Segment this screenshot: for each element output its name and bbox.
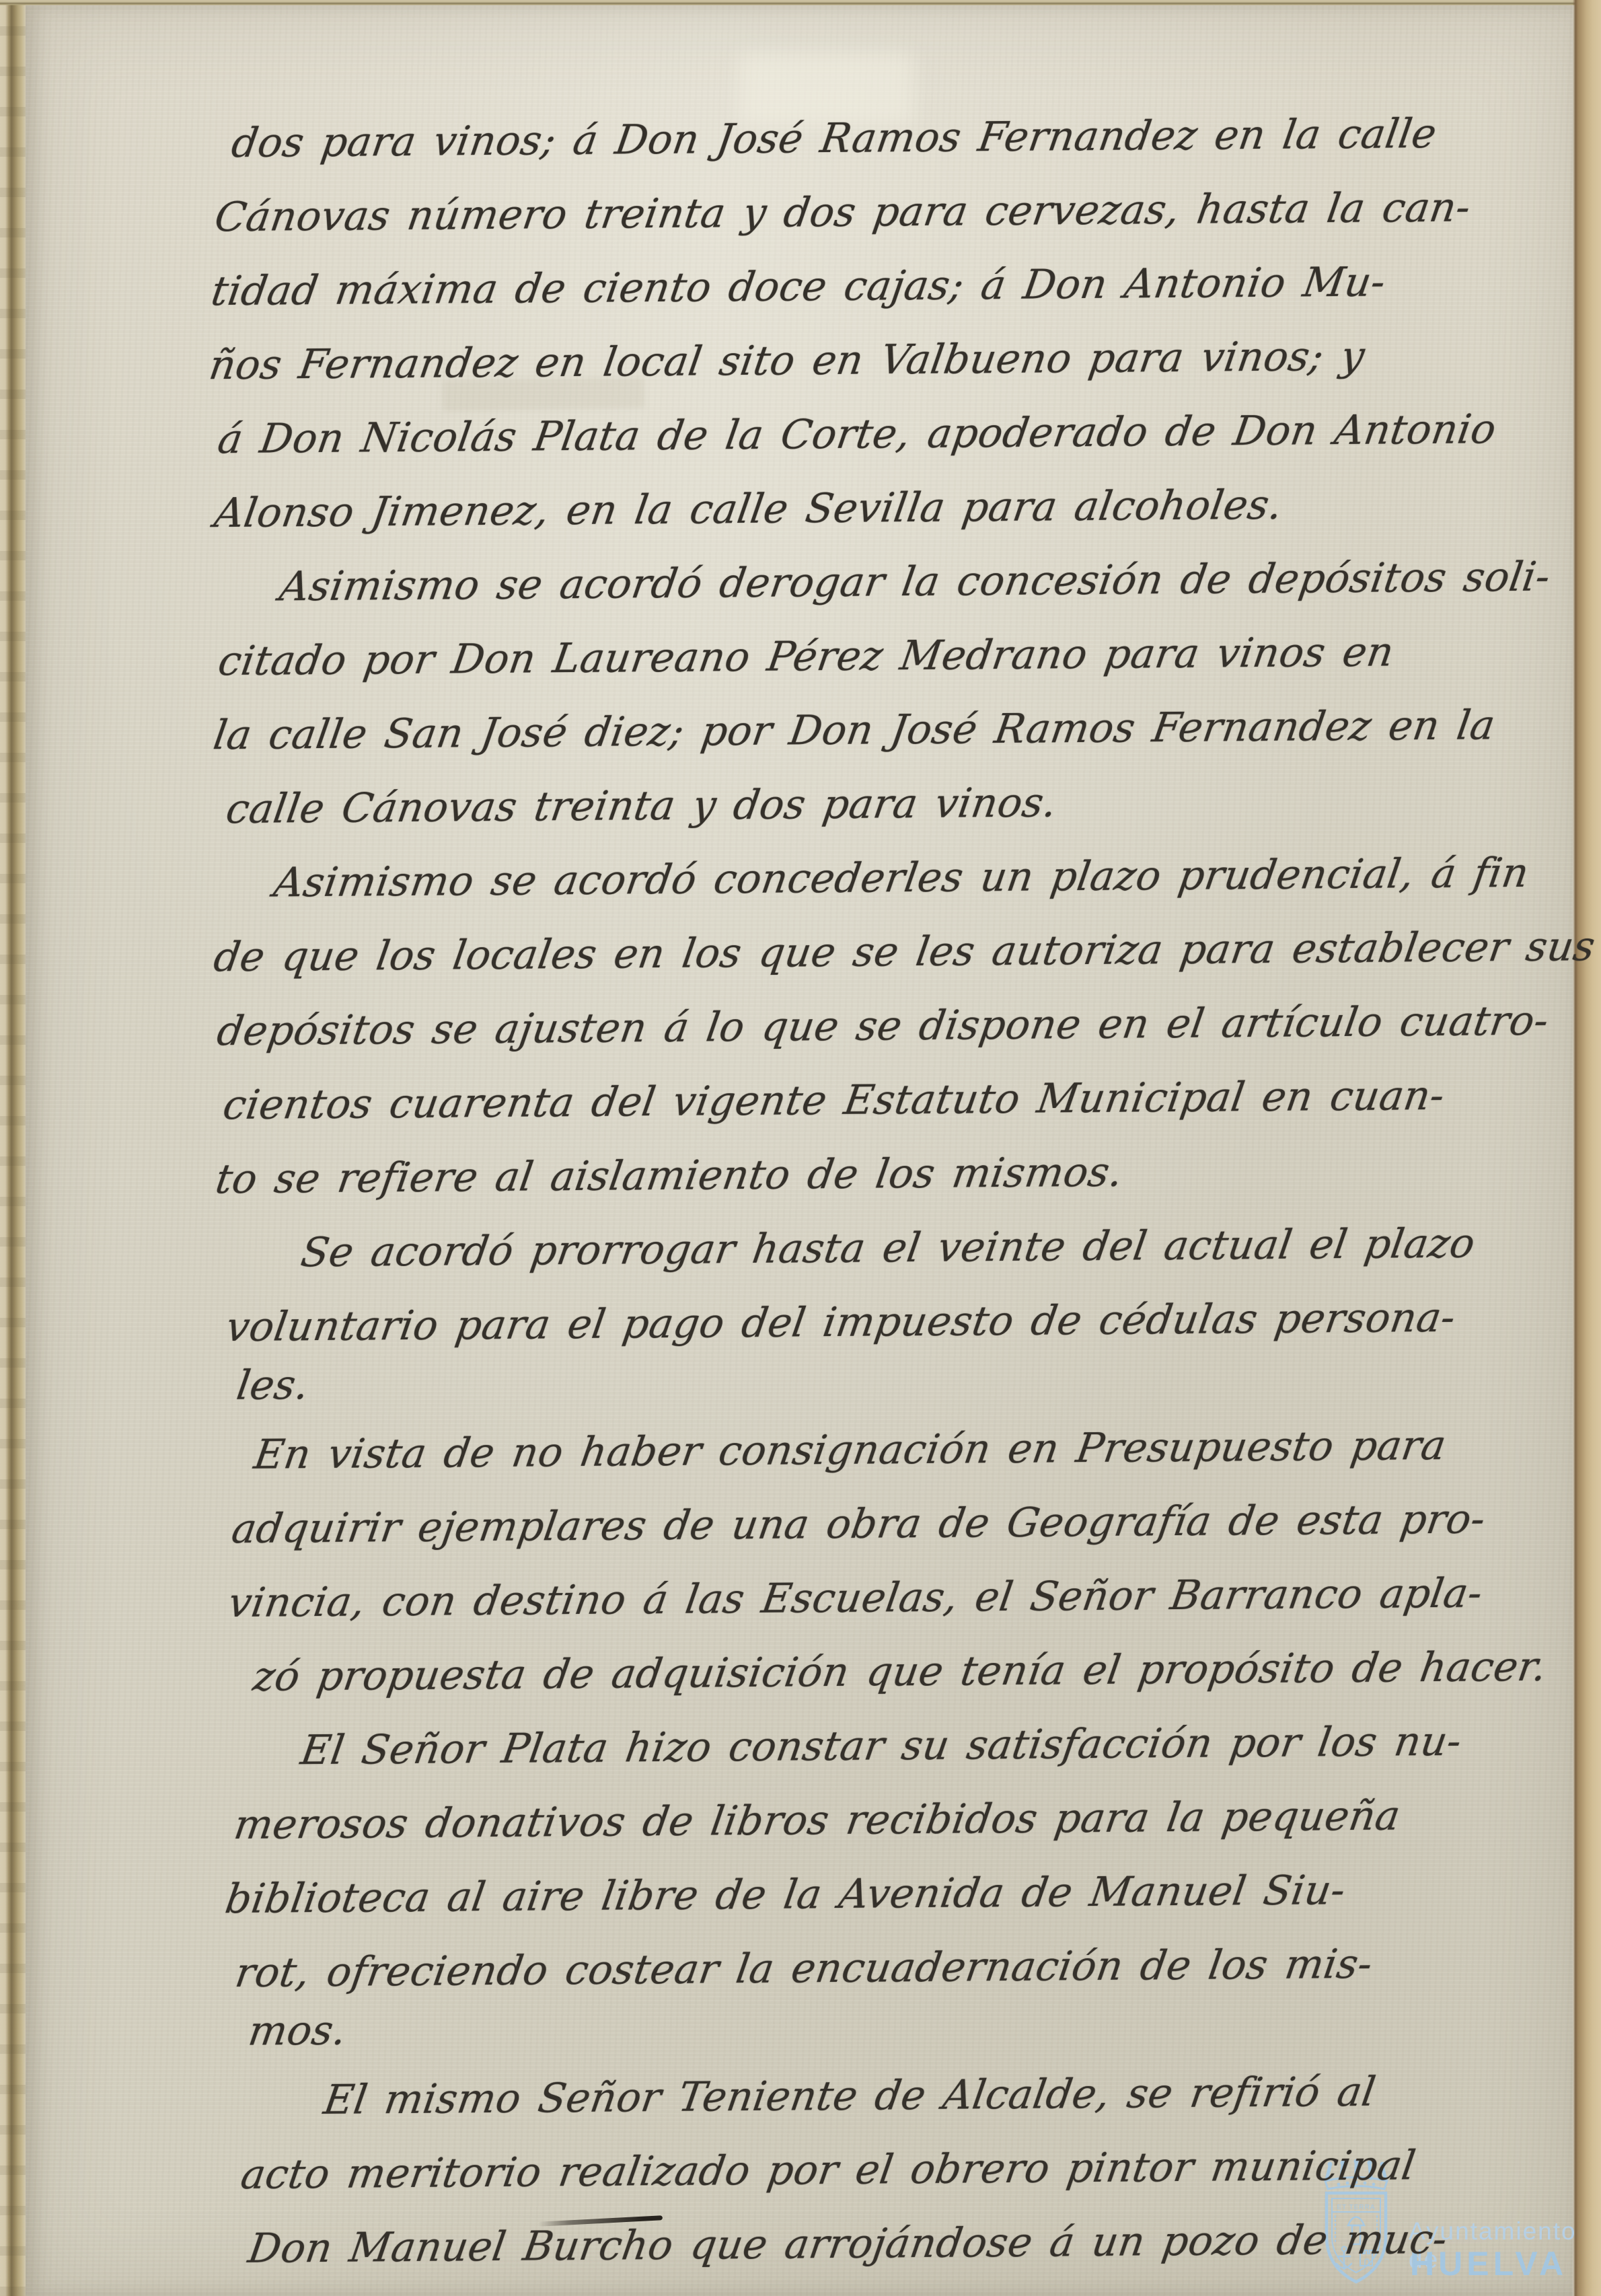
manuscript-line: acto meritorio realizado por el obrero p… — [236, 2128, 1534, 2212]
manuscript-line: Don Manuel Burcho que arrojándose á un p… — [243, 2202, 1534, 2286]
manuscript-line: ños Fernandez en local sito en Valbueno … — [204, 318, 1520, 402]
manuscript-line: mos. — [244, 2000, 1530, 2064]
manuscript-line: adquirir ejemplares de una obra de Geogr… — [227, 1482, 1529, 1566]
manuscript-line: vincia, con destino á las Escuelas, el S… — [223, 1556, 1530, 1640]
page-right-edge — [1573, 0, 1601, 2296]
manuscript-line: El mismo Señor Teniente de Alcalde, se r… — [319, 2054, 1534, 2137]
manuscript-line: depósitos se ajusten á lo que se dispone… — [212, 984, 1525, 1068]
manuscript-line: Se acordó prorrogar hasta el veinte del … — [296, 1206, 1528, 1290]
manuscript-line: merosos donativos de libros recibidos pa… — [229, 1778, 1531, 1862]
handwritten-text-block: dos para vinos; á Don José Ramos Fernand… — [222, 96, 1524, 2286]
manuscript-line: biblioteca al aire libre de la Avenida d… — [220, 1852, 1532, 1936]
manuscript-line: zó propuesta de adquisición que tenía el… — [248, 1630, 1530, 1714]
manuscript-line: dos para vinos; á Don José Ramos Fernand… — [227, 96, 1518, 180]
manuscript-line: El Señor Plata hizo constar su satisfacc… — [296, 1704, 1532, 1787]
manuscript-line: cientos cuarenta del vigente Estatuto Mu… — [218, 1058, 1526, 1142]
manuscript-line: rot, ofreciendo costear la encuadernació… — [230, 1926, 1532, 2010]
manuscript-line: En vista de no haber consignación en Pre… — [249, 1408, 1528, 1492]
page-top-edge — [0, 0, 1601, 5]
manuscript-line: tidad máxima de ciento doce cajas; á Don… — [207, 244, 1520, 328]
manuscript-line: les. — [232, 1354, 1525, 1418]
manuscript-line: to se refiere al aislamiento de los mism… — [211, 1132, 1526, 1216]
manuscript-line: calle Cánovas treinta y dos para vinos. — [221, 762, 1524, 846]
manuscript-line: citado por Don Laureano Pérez Medrano pa… — [213, 614, 1522, 698]
manuscript-line: Asimismo se acordó derogar la concesión … — [274, 540, 1522, 624]
manuscript-line: á Don Nicolás Plata de la Corte, apodera… — [213, 392, 1520, 476]
manuscript-line: Cánovas número treinta y dos para cervez… — [210, 170, 1519, 254]
manuscript-line: Asimismo se acordó concederles un plazo … — [269, 836, 1525, 920]
manuscript-line: Alonso Jimenez, en la calle Sevilla para… — [209, 466, 1521, 550]
manuscript-line: de que los locales en los que se les aut… — [209, 910, 1524, 994]
book-binding-edge — [0, 0, 26, 2296]
manuscript-line: la calle San José diez; por Don José Ram… — [209, 688, 1523, 772]
manuscript-line: voluntario para el pago del impuesto de … — [221, 1280, 1528, 1364]
